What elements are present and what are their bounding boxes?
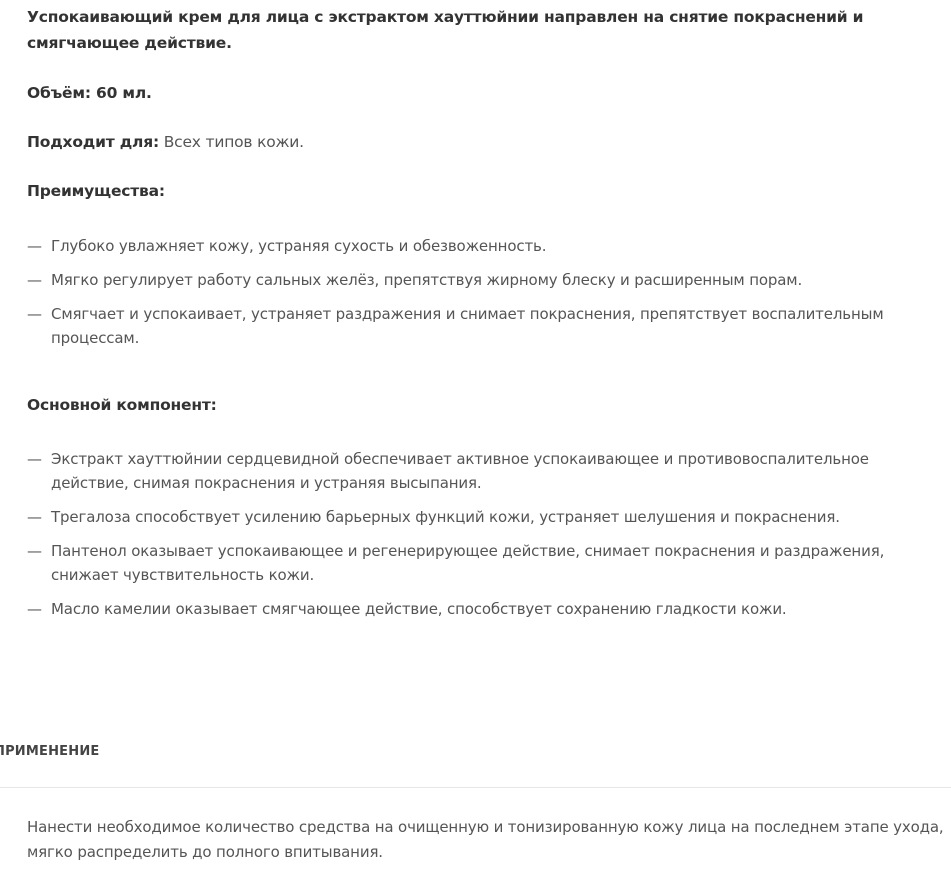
dash-icon: — (27, 539, 42, 563)
dash-icon: — (27, 268, 42, 292)
list-item-text: Пантенол оказывает успокаивающее и реген… (51, 542, 884, 584)
volume-label: Объём: 60 мл. (27, 84, 152, 102)
list-item-text: Трегалоза способствует усилению барьерны… (51, 508, 840, 526)
list-item: — Масло камелии оказывает смягчающее дей… (27, 597, 947, 621)
section-divider (0, 787, 951, 788)
dash-icon: — (27, 302, 42, 326)
list-item: — Экстракт хауттюйнии сердцевидной обесп… (27, 447, 947, 495)
list-item-text: Смягчает и успокаивает, устраняет раздра… (51, 305, 884, 347)
benefits-heading: Преимущества: (27, 178, 165, 204)
components-heading: Основной компонент: (27, 392, 217, 418)
list-item-text: Масло камелии оказывает смягчающее дейст… (51, 600, 787, 618)
list-item: — Глубоко увлажняет кожу, устраняя сухос… (27, 234, 947, 258)
volume-spec: Объём: 60 мл. (27, 80, 152, 106)
list-item: — Мягко регулирует работу сальных желёз,… (27, 268, 947, 292)
description-lead: Успокаивающий крем для лица с экстрактом… (27, 4, 947, 56)
list-item: — Смягчает и успокаивает, устраняет разд… (27, 302, 947, 350)
list-item-text: Глубоко увлажняет кожу, устраняя сухость… (51, 237, 546, 255)
usage-section-tab[interactable]: Применение (0, 742, 100, 762)
suitable-spec: Подходит для: Всех типов кожи. (27, 129, 304, 155)
list-item: — Трегалоза способствует усилению барьер… (27, 505, 947, 529)
dash-icon: — (27, 447, 42, 471)
list-item-text: Мягко регулирует работу сальных желёз, п… (51, 271, 802, 289)
dash-icon: — (27, 505, 42, 529)
list-item-text: Экстракт хауттюйнии сердцевидной обеспеч… (51, 450, 869, 492)
list-item: — Пантенол оказывает успокаивающее и рег… (27, 539, 947, 587)
usage-text: Нанести необходимое количество средства … (27, 815, 947, 865)
dash-icon: — (27, 234, 42, 258)
suitable-label: Подходит для: (27, 133, 159, 151)
suitable-value: Всех типов кожи. (164, 133, 304, 151)
benefits-list: — Глубоко увлажняет кожу, устраняя сухос… (27, 234, 947, 360)
dash-icon: — (27, 597, 42, 621)
components-list: — Экстракт хауттюйнии сердцевидной обесп… (27, 447, 947, 631)
